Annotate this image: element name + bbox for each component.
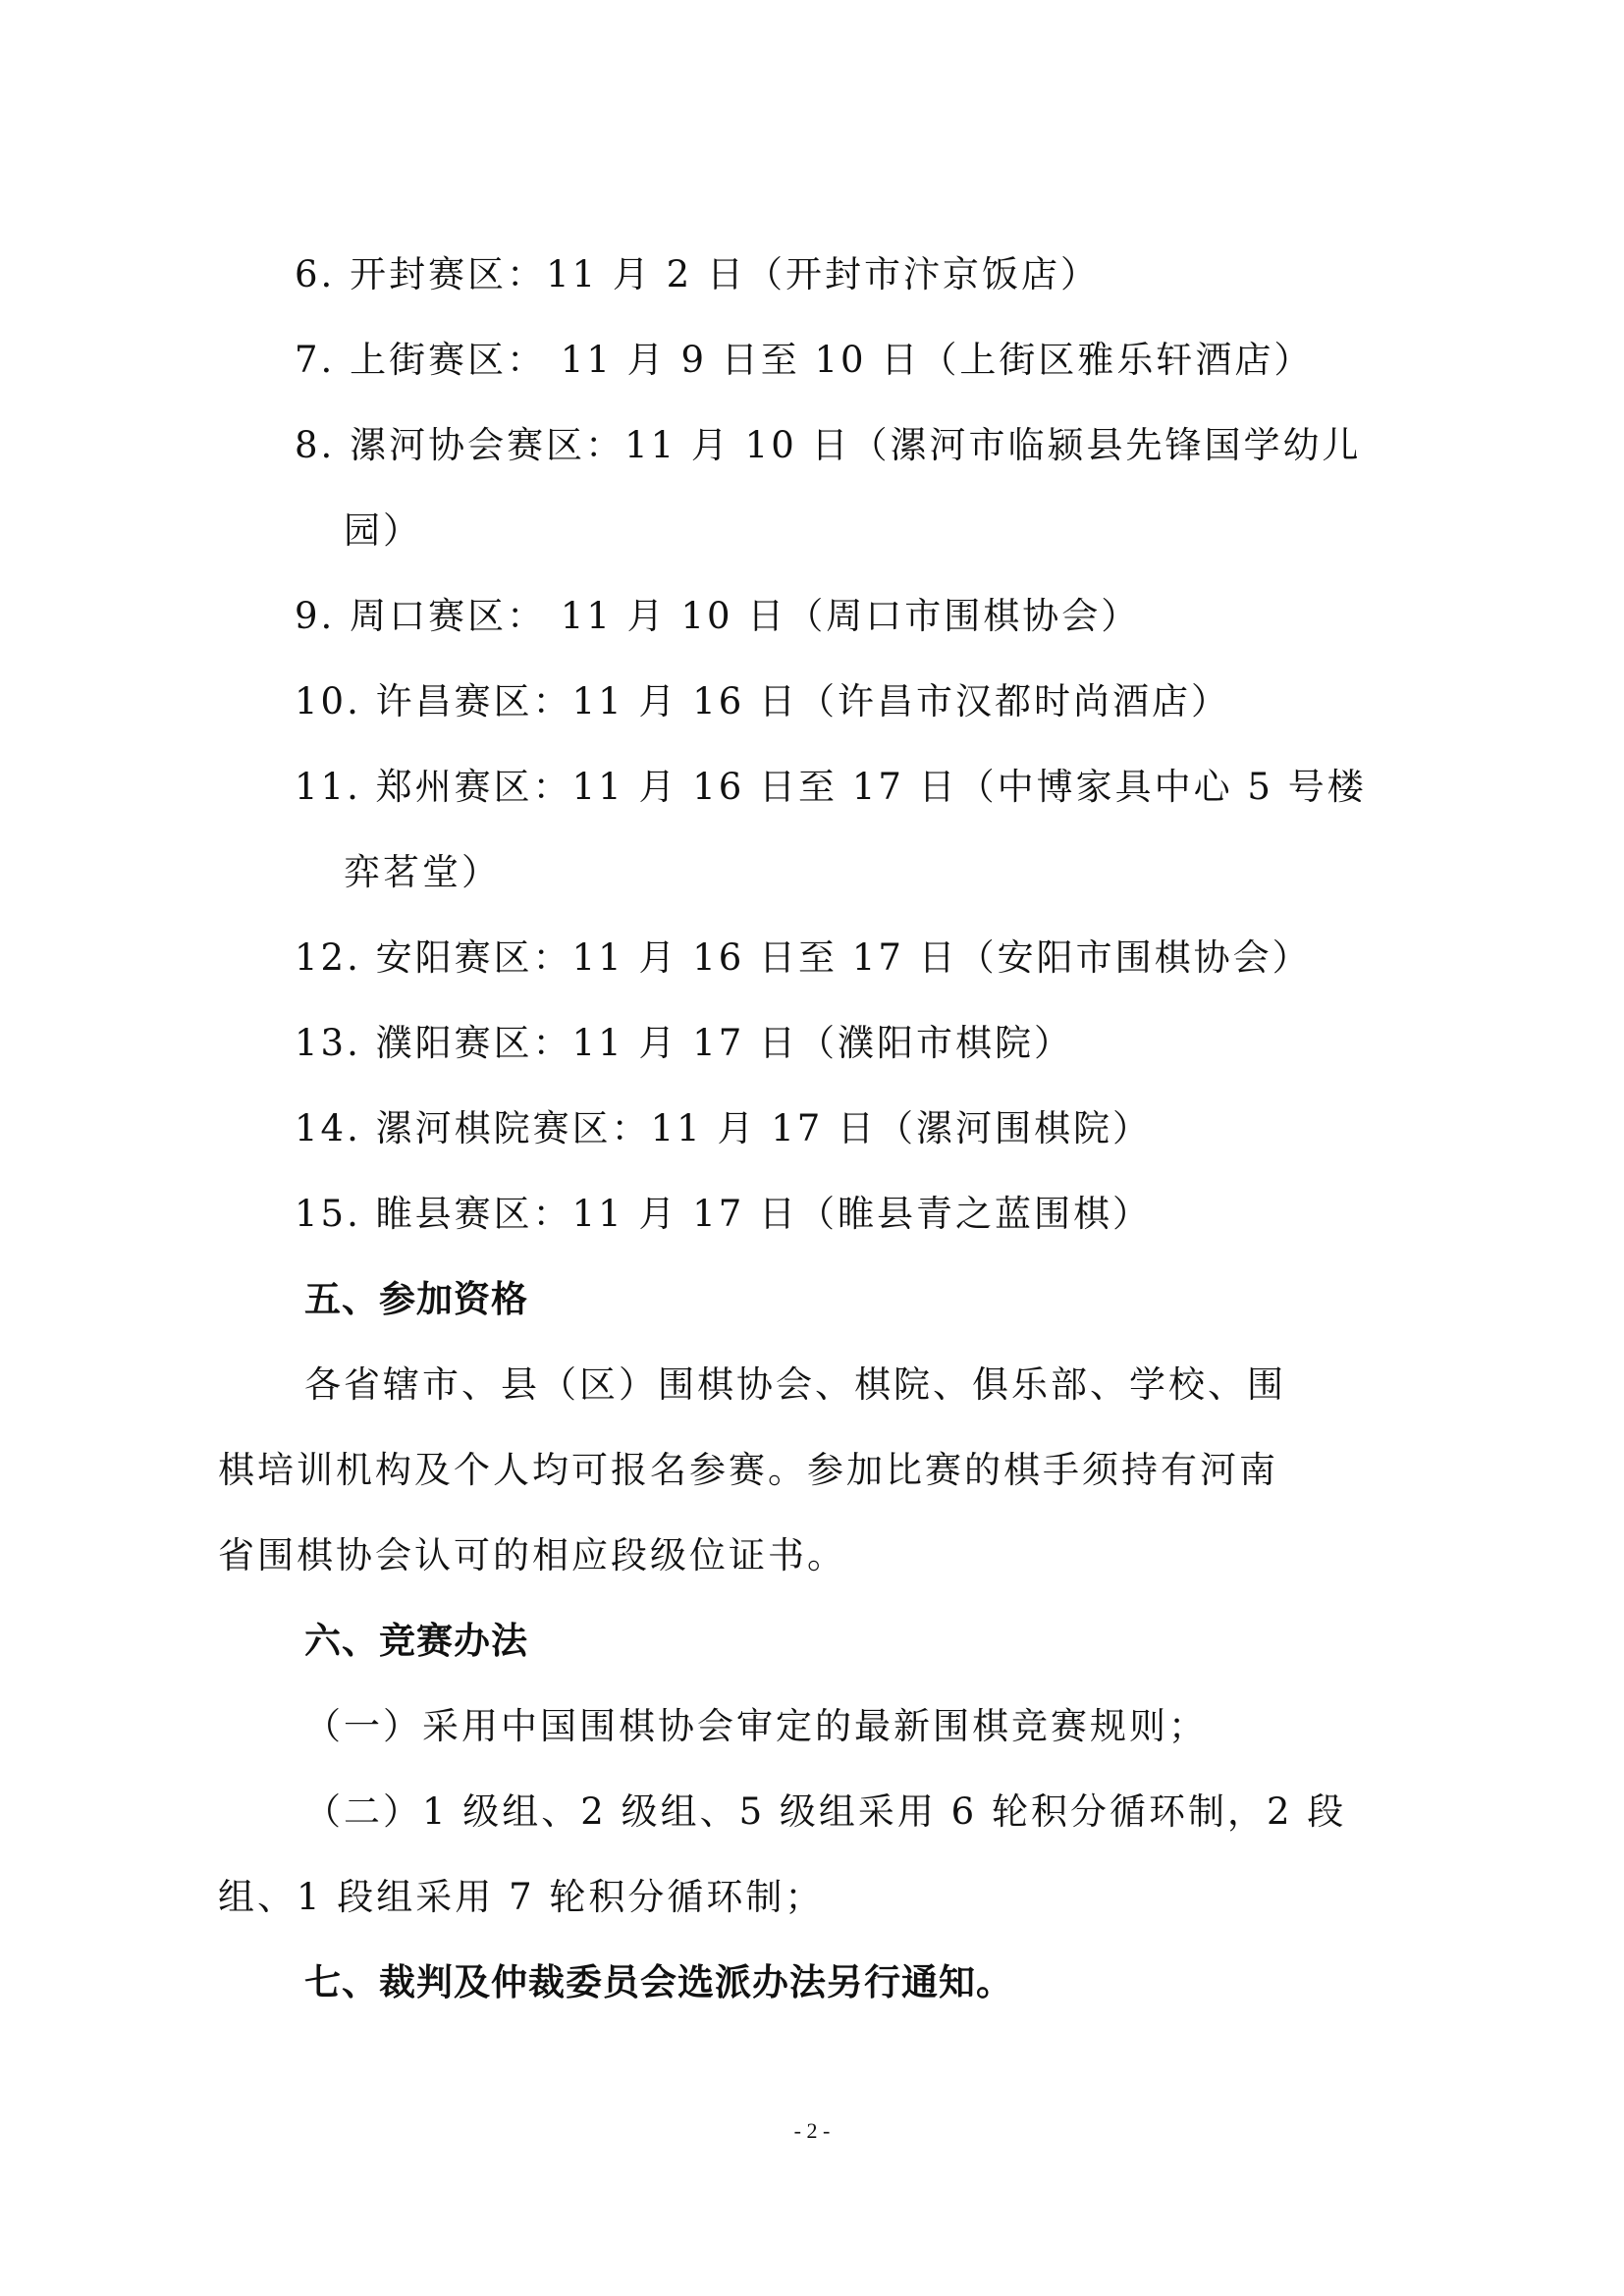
venue-number: 14. (295, 1107, 361, 1149)
venue-text: 漯河协会赛区：11 月 10 日（漯河市临颍县先锋国学幼儿 (350, 424, 1361, 466)
venue-number: 7. (295, 339, 335, 381)
venue-item-15: 15. 睢县赛区：11 月 17 日（睢县青之蓝围棋） (295, 1193, 1152, 1236)
venue-number: 11. (295, 766, 361, 808)
section-5-heading: 五、参加资格 (304, 1278, 528, 1321)
venue-number: 10. (295, 680, 361, 722)
venue-number: 13. (295, 1022, 361, 1064)
venue-text: 睢县赛区：11 月 17 日（睢县青之蓝围棋） (376, 1193, 1152, 1235)
venue-text: 郑州赛区：11 月 16 日至 17 日（中博家具中心 5 号楼 (376, 766, 1367, 808)
section-5-paragraph-line-3: 省围棋协会认可的相应段级位证书。 (218, 1534, 846, 1577)
venue-item-7: 7. 上街赛区： 11 月 9 日至 10 日（上街区雅乐轩酒店） (295, 339, 1313, 382)
venue-item-6: 6. 开封赛区：11 月 2 日（开封市汴京饭店） (295, 253, 1100, 296)
venue-number: 15. (295, 1193, 361, 1235)
venue-text: 上街赛区： 11 月 9 日至 10 日（上街区雅乐轩酒店） (350, 339, 1313, 381)
venue-text: 许昌赛区：11 月 16 日（许昌市汉都时尚酒店） (376, 680, 1230, 722)
venue-item-12: 12. 安阳赛区：11 月 16 日至 17 日（安阳市围棋协会） (295, 936, 1312, 980)
section-5-paragraph-line-1: 各省辖市、县（区）围棋协会、棋院、俱乐部、学校、围 (304, 1363, 1286, 1407)
venue-item-8: 8. 漯河协会赛区：11 月 10 日（漯河市临颍县先锋国学幼儿 (295, 424, 1362, 467)
venue-text: 漯河棋院赛区：11 月 17 日（漯河围棋院） (376, 1107, 1152, 1149)
venue-text: 开封赛区：11 月 2 日（开封市汴京饭店） (350, 253, 1100, 295)
section-6-item-1: （一）采用中国围棋协会审定的最新围棋竞赛规则； (304, 1705, 1208, 1748)
section-6-item-2-line-2: 组、1 段组采用 7 轮积分循环制； (218, 1876, 824, 1919)
venue-text: 濮阳赛区：11 月 17 日（濮阳市棋院） (376, 1022, 1073, 1064)
venue-item-11: 11. 郑州赛区：11 月 16 日至 17 日（中博家具中心 5 号楼 (295, 766, 1367, 809)
venue-number: 8. (295, 424, 335, 466)
venue-item-8-continuation: 园） (344, 509, 422, 553)
venue-item-11-continuation: 弈茗堂） (344, 851, 501, 894)
section-6-item-2-line-1: （二）1 级组、2 级组、5 级组采用 6 轮积分循环制，2 段 (304, 1790, 1346, 1834)
venue-number: 6. (295, 253, 335, 295)
venue-item-13: 13. 濮阳赛区：11 月 17 日（濮阳市棋院） (295, 1022, 1073, 1065)
section-5-paragraph-line-2: 棋培训机构及个人均可报名参赛。参加比赛的棋手须持有河南 (218, 1449, 1278, 1492)
venue-number: 12. (295, 936, 361, 979)
venue-text: 安阳赛区：11 月 16 日至 17 日（安阳市围棋协会） (376, 936, 1312, 979)
page-number: - 2 - (0, 2118, 1624, 2144)
venue-text: 周口赛区： 11 月 10 日（周口市围棋协会） (350, 595, 1140, 637)
venue-number: 9. (295, 595, 335, 637)
venue-item-14: 14. 漯河棋院赛区：11 月 17 日（漯河围棋院） (295, 1107, 1152, 1150)
section-7-heading: 七、裁判及仲裁委员会选派办法另行通知。 (304, 1961, 1013, 2004)
section-6-heading: 六、竞赛办法 (304, 1620, 528, 1663)
venue-item-10: 10. 许昌赛区：11 月 16 日（许昌市汉都时尚酒店） (295, 680, 1230, 723)
venue-item-9: 9. 周口赛区： 11 月 10 日（周口市围棋协会） (295, 595, 1140, 638)
